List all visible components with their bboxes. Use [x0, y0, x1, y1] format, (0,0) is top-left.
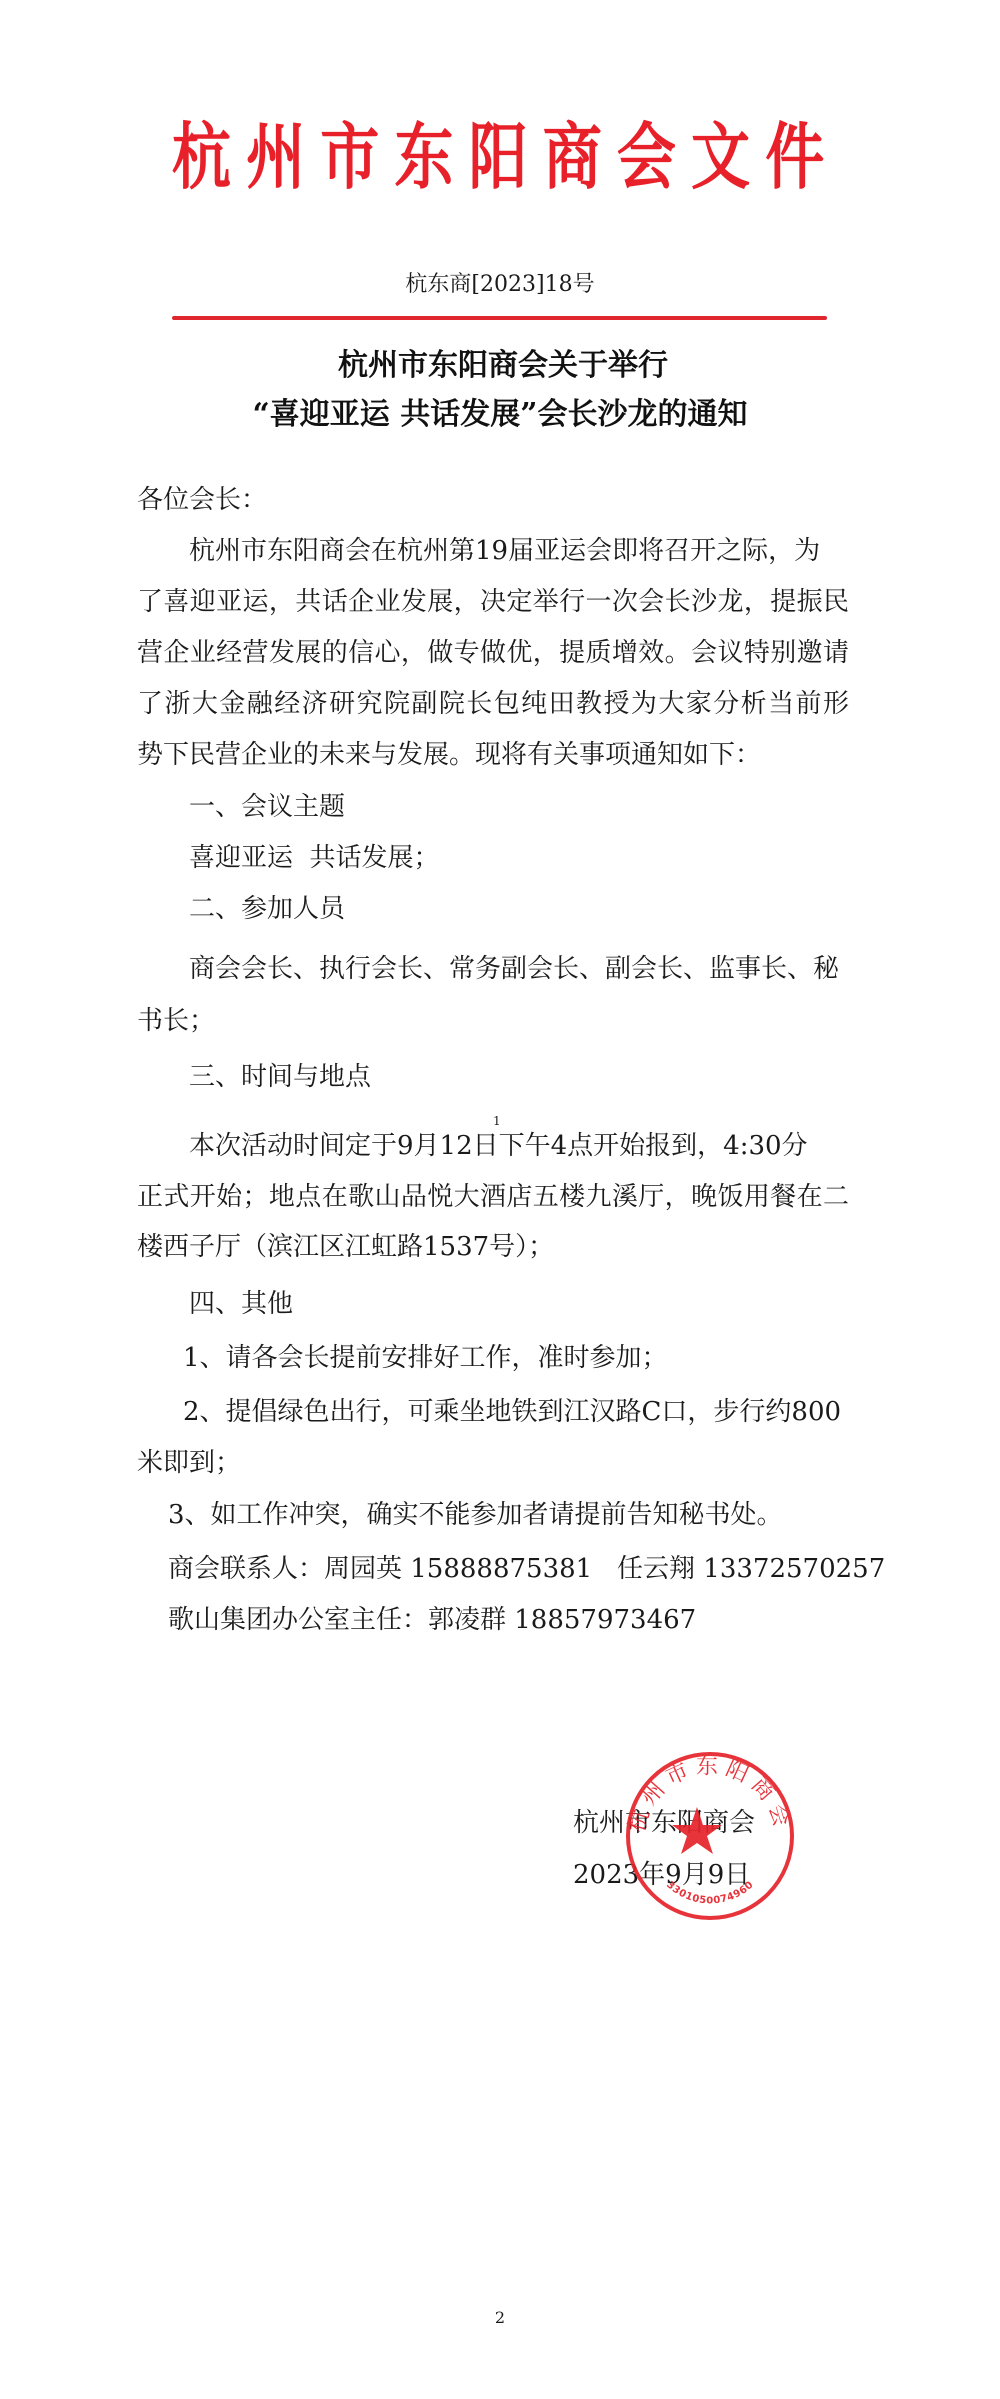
- other-item-1: 1、请各会长提前安排好工作，准时参加；: [183, 1341, 895, 1375]
- other-item-2: 2、提倡绿色出行，可乘坐地铁到江汉路C口，步行约800: [183, 1395, 849, 1429]
- intro-line: 了喜迎亚运，共话企业发展，决定举行一次会长沙龙，提振民: [137, 585, 849, 619]
- page-number: 2: [0, 2306, 1000, 2330]
- intro-line: 营企业经营发展的信心，做专做优，提质增效。会议特别邀请: [137, 636, 849, 670]
- section-heading-participants: 二、参加人员: [189, 892, 901, 926]
- section-heading-other: 四、其他: [189, 1287, 901, 1321]
- intro-line: 势下民营企业的未来与发展。现将有关事项通知如下：: [137, 738, 849, 772]
- section-heading-theme: 一、会议主题: [189, 790, 901, 824]
- signature-date: 2023年9月9日: [573, 1858, 750, 1892]
- other-item-2-cont: 米即到；: [137, 1446, 849, 1480]
- red-divider-line: [172, 316, 827, 320]
- section-content-participants: 书长；: [137, 1004, 849, 1038]
- intro-line: 了浙大金融经济研究院副院长包纯田教授为大家分析当前形: [137, 687, 849, 721]
- section-content-time-place: 本次活动时间定于9月12日下午4点开始报到，4:30分: [189, 1129, 849, 1163]
- footnote-mark: 1: [493, 1114, 501, 1128]
- signature-organization: 杭州市东阳商会: [573, 1806, 755, 1840]
- contact-gesan-office: 歌山集团办公室主任：郭凌群 18857973467: [168, 1603, 880, 1637]
- notice-title-line-2: “喜迎亚运 共话发展”会长沙龙的通知: [0, 395, 1000, 435]
- section-heading-time-place: 三、时间与地点: [189, 1060, 901, 1094]
- document-number: 杭东商[2023]18号: [0, 270, 1000, 300]
- section-content-time-place: 正式开始；地点在歌山品悦大酒店五楼九溪厅，晚饭用餐在二: [137, 1180, 849, 1214]
- notice-title-line-1: 杭州市东阳商会关于举行: [0, 346, 1000, 386]
- header-title-text: 杭州市东阳商会文件: [172, 112, 824, 202]
- section-content-time-place: 楼西子厅（滨江区江虹路1537号）；: [137, 1230, 849, 1264]
- section-content-participants: 商会会长、执行会长、常务副会长、副会长、监事长、秘: [189, 952, 849, 986]
- section-content-theme: 喜迎亚运 共话发展；: [189, 841, 901, 875]
- other-item-3: 3、如工作冲突，确实不能参加者请提前告知秘书处。: [168, 1498, 880, 1532]
- salutation: 各位会长：: [137, 483, 849, 517]
- intro-line: 杭州市东阳商会在杭州第19届亚运会即将召开之际，为: [189, 534, 849, 568]
- contact-chamber: 商会联系人：周园英 15888875381 任云翔 13372570257: [168, 1552, 880, 1586]
- document-header-title: 杭州市东阳商会文件: [172, 112, 824, 202]
